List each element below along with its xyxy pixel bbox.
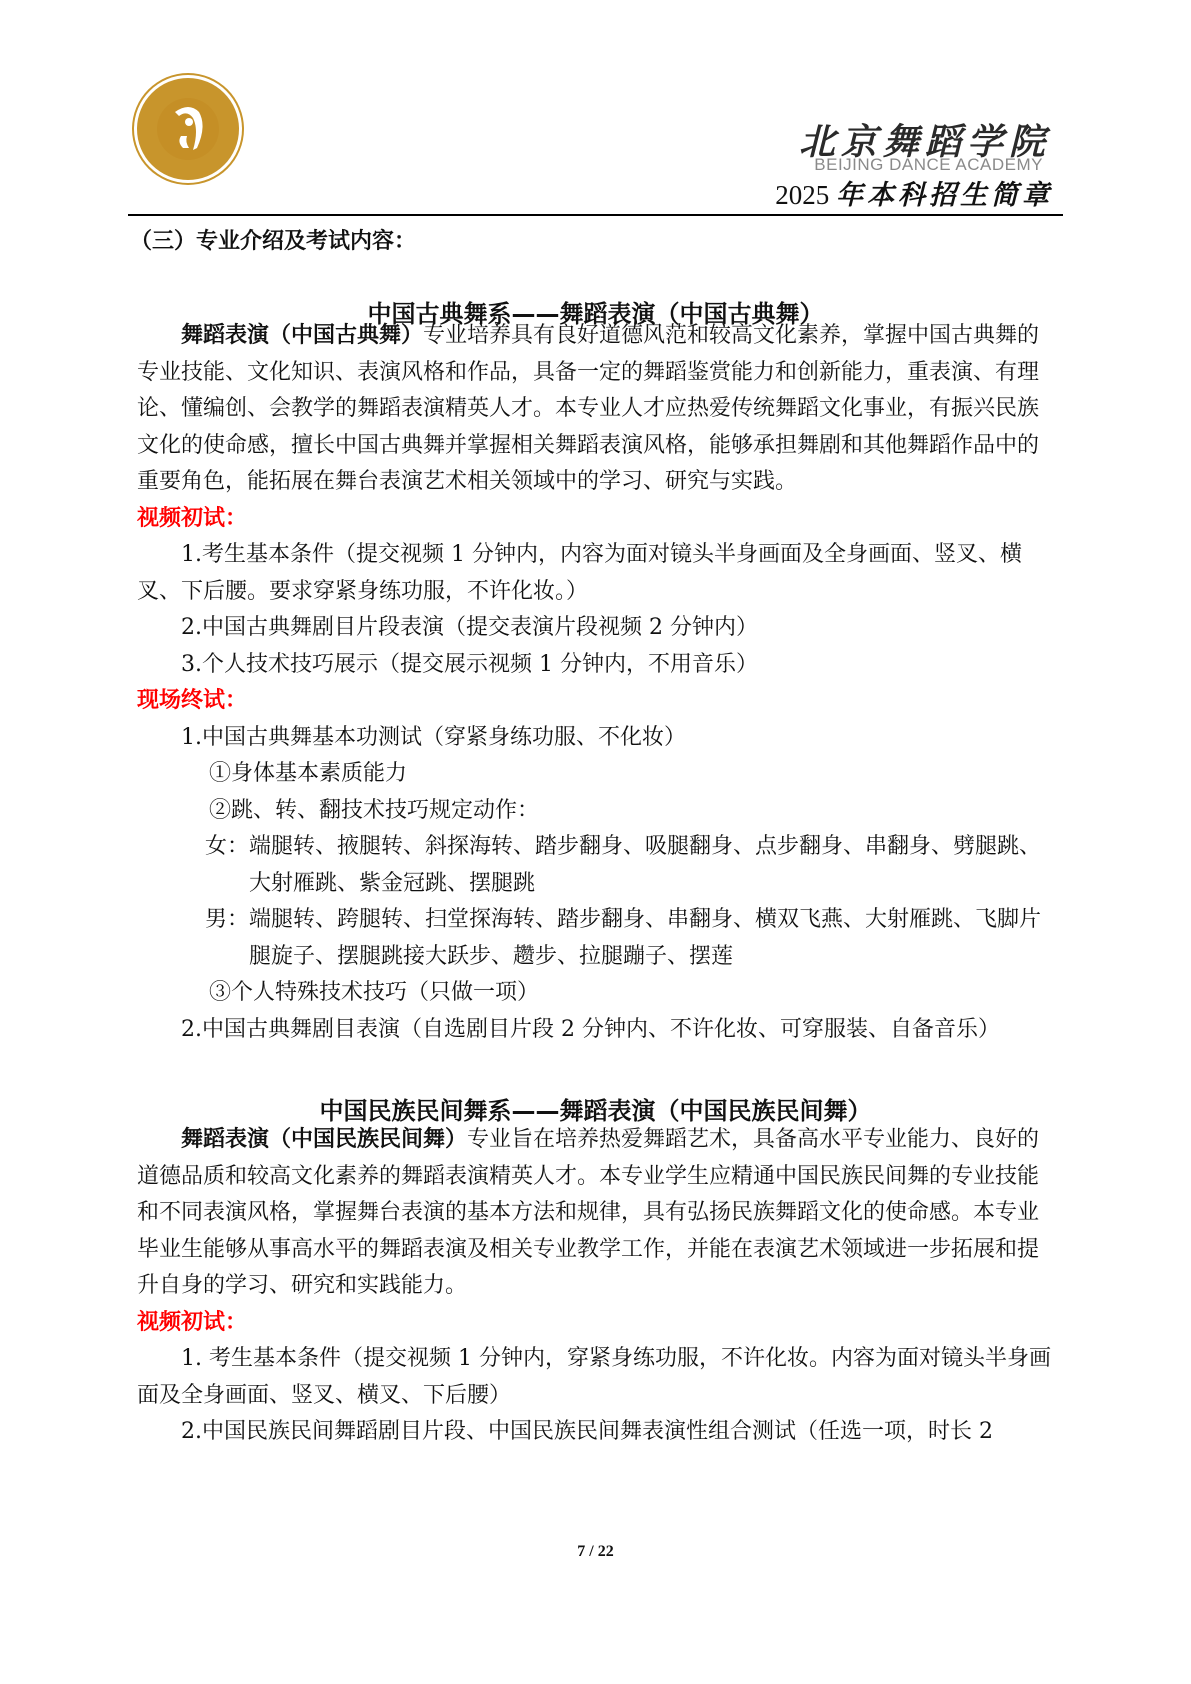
brand-name-en: BEIJING DANCE ACADEMY [814, 155, 1043, 175]
video-round-item-2: 2.中国民族民间舞蹈剧目片段、中国民族民间舞表演性组合测试（任选一项，时长 2 [137, 1414, 1060, 1451]
major-classical-section: 舞蹈表演（中国古典舞）专业培养具有良好道德风范和较高文化素养，掌握中国古典舞的专… [137, 318, 1060, 1048]
document-page: 北京舞蹈学院 BEIJING DANCE ACADEMY 2025 年本科招生简… [0, 0, 1191, 1684]
major-intro: 舞蹈表演（中国民族民间舞）专业旨在培养热爱舞蹈艺术，具备高水平专业能力、良好的道… [137, 1122, 1060, 1305]
major-intro-bold: 舞蹈表演（中国民族民间舞） [181, 1127, 467, 1152]
final-round-sub-2: ②跳、转、翻技术技巧规定动作： [137, 793, 1060, 830]
major-intro: 舞蹈表演（中国古典舞）专业培养具有良好道德风范和较高文化素养，掌握中国古典舞的专… [137, 318, 1060, 501]
video-round-heading: 视频初试： [137, 501, 1060, 538]
video-round-heading: 视频初试： [137, 1305, 1060, 1342]
major-intro-text: 专业旨在培养热爱舞蹈艺术，具备高水平专业能力、良好的道德品质和较高文化素养的舞蹈… [137, 1127, 1039, 1298]
video-round-item-2: 2.中国古典舞剧目片段表演（提交表演片段视频 2 分钟内） [137, 610, 1060, 647]
final-round-item-2: 2.中国古典舞剧目表演（自选剧目片段 2 分钟内、不许化妆、可穿服装、自备音乐） [137, 1012, 1060, 1049]
brochure-year: 2025 [775, 180, 829, 210]
major-intro-text: 专业培养具有良好道德风范和较高文化素养，掌握中国古典舞的专业技能、文化知识、表演… [137, 323, 1039, 494]
final-round-sub-3: ③个人特殊技术技巧（只做一项） [137, 975, 1060, 1012]
final-round-item-1: 1.中国古典舞基本功测试（穿紧身练功服、不化妆） [137, 720, 1060, 757]
final-round-heading: 现场终试： [137, 683, 1060, 720]
video-round-item-1: 1. 考生基本条件（提交视频 1 分钟内，穿紧身练功服，不许化妆。内容为面对镜头… [137, 1341, 1060, 1414]
dancer-emblem-icon [137, 78, 239, 180]
video-round-item-1: 1.考生基本条件（提交视频 1 分钟内，内容为面对镜头半身画面及全身画面、竖叉、… [137, 537, 1060, 610]
brochure-title-text: 年本科招生简章 [836, 180, 1053, 210]
video-round-item-3: 3.个人技术技巧展示（提交展示视频 1 分钟内，不用音乐） [137, 647, 1060, 684]
final-round-female-moves: 女：端腿转、掖腿转、斜探海转、踏步翻身、吸腿翻身、点步翻身、串翻身、劈腿跳、大射… [137, 829, 1060, 902]
page-number: 7 / 22 [0, 1543, 1191, 1561]
major-intro-bold: 舞蹈表演（中国古典舞） [181, 323, 423, 348]
brochure-title: 2025 年本科招生简章 [775, 173, 1053, 212]
academy-logo [137, 78, 239, 180]
section-label: （三）专业介绍及考试内容： [130, 224, 416, 255]
final-round-male-moves: 男：端腿转、跨腿转、扫堂探海转、踏步翻身、串翻身、横双飞燕、大射雁跳、飞脚片腿旋… [137, 902, 1060, 975]
final-round-sub-1: ①身体基本素质能力 [137, 756, 1060, 793]
header-divider [128, 214, 1063, 216]
major-folk-section: 舞蹈表演（中国民族民间舞）专业旨在培养热爱舞蹈艺术，具备高水平专业能力、良好的道… [137, 1122, 1060, 1451]
major-title-folk: 中国民族民间舞系——舞蹈表演（中国民族民间舞） [0, 1091, 1191, 1126]
